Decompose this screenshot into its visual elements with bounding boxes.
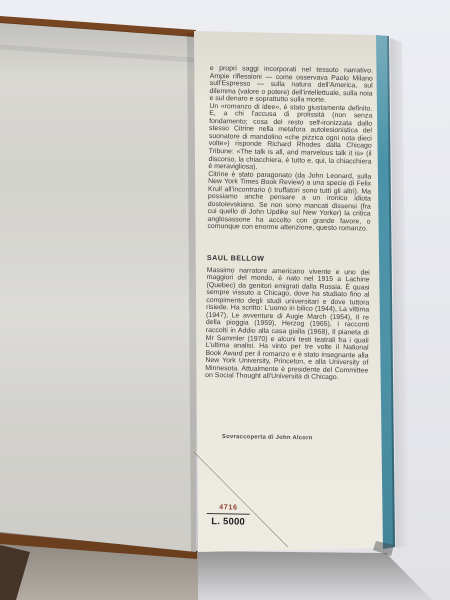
flap-text-block: e propri saggi incorporati nel tessuto n… [205,65,373,382]
author-heading: SAUL BELLOW [207,255,370,265]
flap-paragraph-3: Citrine è stato paragonato (da John Leon… [207,171,371,234]
price-divider [207,512,250,514]
endpaper-shading [0,23,196,552]
author-bio: Massimo narratore americano vivente e un… [205,267,370,383]
catalog-number: 4716 [207,502,250,512]
photo-background: e propri saggi incorporati nel tessuto n… [0,0,450,600]
price-label: L. 5000 [207,515,250,527]
flap-paragraph-2: Un «romanzo di idee», è stato giustament… [208,103,372,173]
price-block: 4716 L. 5000 [207,502,250,527]
flap-paragraph-1: e propri saggi incorporati nel tessuto n… [209,65,373,105]
